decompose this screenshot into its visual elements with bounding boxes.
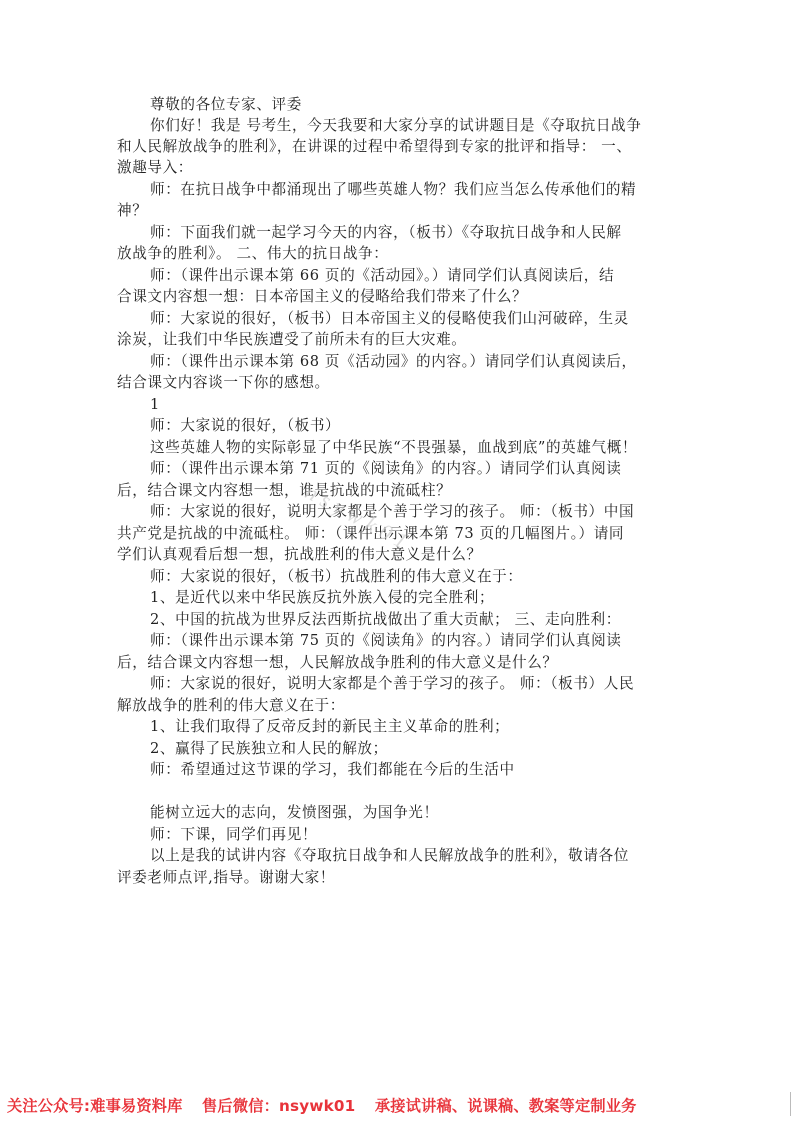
text-line: 师：下课，同学们再见！ <box>150 825 317 845</box>
text-line: 师：（课件出示课本第 71 页的《阅读角》的内容。）请同学们认真阅读 <box>150 459 621 479</box>
text-line: 评委老师点评,指导。谢谢大家！ <box>117 868 335 888</box>
text-line: 2、中国的抗战为世界反法西斯抗战做出了重大贡献； 三、走向胜利： <box>150 610 621 630</box>
text-line: 后，结合课文内容想一想，谁是抗战的中流砥柱？ <box>117 481 451 501</box>
text-line: 2、赢得了民族独立和人民的解放； <box>150 739 388 759</box>
text-line: 师：大家说的很好，（板书） <box>150 416 340 436</box>
text-line: 神？ <box>117 201 147 221</box>
text-line: 这些英雄人物的实际彰显了中华民族“不畏强暴，血战到底”的英雄气概！ <box>150 438 637 458</box>
text-line: 放战争的胜利》。 二、伟大的抗日战争： <box>117 244 388 264</box>
text-line: 能树立远大的志向，发愤图强，为国争光！ <box>150 803 439 823</box>
footer-service-text: 承接试讲稿、说课稿、教案等定制业务 <box>375 1097 637 1115</box>
text-line: 1、让我们取得了反帝反封的新民主主义革命的胜利； <box>150 717 509 737</box>
text-line: 师：大家说的很好，说明大家都是个善于学习的孩子。 师：（板书）中国 <box>150 502 634 522</box>
text-line: 师：大家说的很好，（板书）日本帝国主义的侵略使我们山河破碎，生灵 <box>150 309 629 329</box>
text-line: 师：（课件出示课本第 66 页的《活动园》。）请同学们认真阅读后，结 <box>150 266 614 286</box>
text-line: 师：（课件出示课本第 68 页《活动园》的内容。）请同学们认真阅读后， <box>150 352 637 372</box>
text-line: 你们好！我是 号考生，今天我要和大家分享的试讲题目是《夺取抗日战争 <box>150 116 641 136</box>
text-line: 1、是近代以来中华民族反抗外族入侵的完全胜利； <box>150 588 494 608</box>
text-line: 师：下面我们就一起学习今天的内容，（板书）《夺取抗日战争和人民解 <box>150 223 622 243</box>
footer-wechat-text: 售后微信：nsywk01 <box>202 1097 355 1115</box>
footer-banner: 关注公众号:难事易资料库 售后微信：nsywk01 承接试讲稿、说课稿、教案等定… <box>7 1096 651 1116</box>
text-line: 涂炭，让我们中华民族遭受了前所未有的巨大灾难。 <box>117 330 466 350</box>
text-line: 和人民解放战争的胜利》，在讲课的过程中希望得到专家的批评和指导： 一、 <box>117 137 632 157</box>
page-edge-divider <box>790 1092 791 1116</box>
text-line: 师：希望通过这节课的学习，我们都能在今后的生活中 <box>150 760 515 780</box>
text-line: 1 <box>150 395 160 415</box>
text-line: 后，结合课文内容想一想，人民解放战争胜利的伟大意义是什么？ <box>117 653 558 673</box>
footer-follow-text: 关注公众号:难事易资料库 <box>7 1097 183 1115</box>
text-line: 合课文内容想一想：日本帝国主义的侵略给我们带来了什么？ <box>117 287 527 307</box>
text-line: 师：在抗日战争中都涌现出了哪些英雄人物？我们应当怎么传承他们的精 <box>150 180 636 200</box>
text-line: 师：（课件出示课本第 75 页的《阅读角》的内容。）请同学们认真阅读 <box>150 631 621 651</box>
text-line: 师：大家说的很好，（板书）抗战胜利的伟大意义在于： <box>150 567 523 587</box>
text-line: 师：大家说的很好，说明大家都是个善于学习的孩子。 师：（板书）人民 <box>150 674 634 694</box>
text-line: 以上是我的试讲内容《夺取抗日战争和人民解放战争的胜利》，敬请各位 <box>150 846 629 866</box>
text-line: 解放战争的胜利的伟大意义在于： <box>117 696 345 716</box>
text-line: 尊敬的各位专家、评委 <box>150 95 302 115</box>
text-line: 激趣导入： <box>117 158 193 178</box>
text-line: 结合课文内容谈一下你的感想。 <box>117 373 330 393</box>
text-line: 学们认真观看后想一想，抗战胜利的伟大意义是什么？ <box>117 545 482 565</box>
